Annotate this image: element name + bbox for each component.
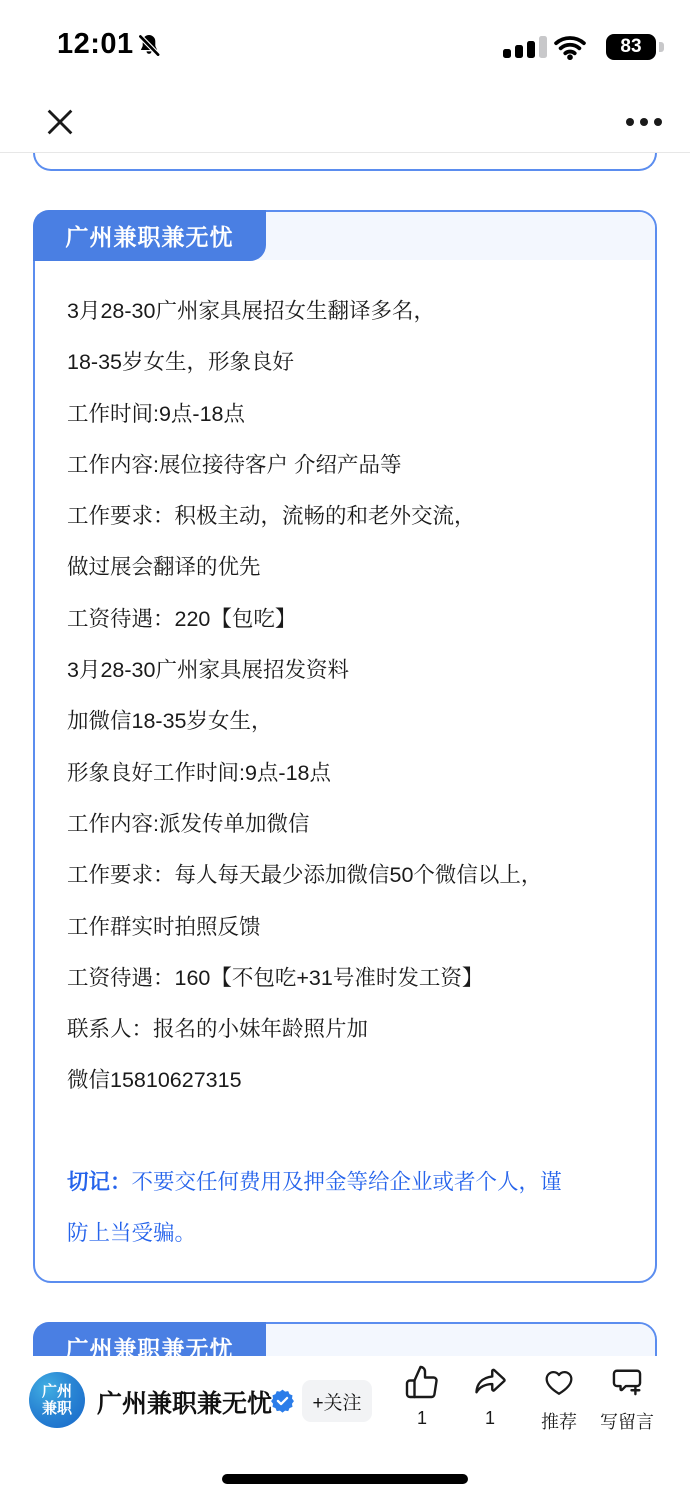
- warning-text-line2: 防上当受骗。: [67, 1208, 627, 1259]
- card-header: 广州兼职兼无忧: [35, 212, 655, 260]
- avatar-text: 兼职: [42, 1400, 72, 1417]
- article-line: 工作要求：积极主动，流畅的和老外交流，: [67, 491, 627, 542]
- article-line: 工资待遇：220【包吃】: [67, 594, 627, 645]
- warning-prefix: 切记：: [67, 1170, 132, 1194]
- article-line: 3月28-30广州家具展招发资料: [67, 645, 627, 696]
- scam-warning: 切记：不要交任何费用及押金等给企业或者个人，谨 防上当受骗。: [67, 1157, 627, 1260]
- article-page: 12:01 83: [0, 0, 690, 1496]
- job-post-body: 3月28-30广州家具展招女生翻译多名， 18-35岁女生，形象良好 工作时间:…: [35, 260, 655, 1259]
- publisher-badge: 广州兼职兼无忧: [33, 210, 266, 261]
- wifi-icon: [553, 34, 587, 65]
- article-line: 工作内容:派发传单加微信: [67, 799, 627, 850]
- battery-icon: 83: [606, 34, 656, 60]
- job-post-card: 广州兼职兼无忧 3月28-30广州家具展招女生翻译多名， 18-35岁女生，形象…: [33, 210, 657, 1283]
- article-line: 18-35岁女生，形象良好: [67, 337, 627, 388]
- avatar-text: 广州: [42, 1383, 72, 1400]
- article-line: 联系人：报名的小妹年龄照片加: [67, 1004, 627, 1055]
- article-line: 加微信18-35岁女生，: [67, 696, 627, 747]
- article-line: 做过展会翻译的优先: [67, 542, 627, 593]
- account-name[interactable]: 广州兼职兼无忧: [97, 1384, 272, 1420]
- follow-button[interactable]: +关注: [302, 1380, 372, 1422]
- article-line: 工资待遇：160【不包吃+31号准时发工资】: [67, 953, 627, 1004]
- article-line: 工作群实时拍照反馈: [67, 902, 627, 953]
- more-options-icon[interactable]: [626, 110, 668, 134]
- publisher-avatar[interactable]: 广州 兼职: [29, 1372, 85, 1428]
- article-line: 微信15810627315: [67, 1055, 627, 1106]
- nav-bar: [0, 70, 690, 153]
- close-icon[interactable]: [43, 105, 77, 139]
- comment-button[interactable]: 写留言: [585, 1362, 669, 1434]
- battery-nub: [659, 42, 664, 52]
- clock-time: 12:01: [57, 28, 134, 61]
- article-line: 工作要求：每人每天最少添加微信50个微信以上，: [67, 850, 627, 901]
- article-line: 工作时间:9点-18点: [67, 389, 627, 440]
- mute-bell-icon: [135, 32, 163, 65]
- article-line: 3月28-30广州家具展招女生翻译多名，: [67, 286, 627, 337]
- home-indicator[interactable]: [222, 1474, 468, 1484]
- status-bar: 12:01 83: [0, 0, 690, 70]
- verified-badge-icon: [270, 1388, 295, 1413]
- previous-card-bottom: [33, 153, 657, 171]
- article-line: 形象良好工作时间:9点-18点: [67, 748, 627, 799]
- warning-text-line1: 不要交任何费用及押金等给企业或者个人，谨: [132, 1170, 562, 1194]
- cellular-signal-icon: [503, 36, 547, 58]
- article-line: 工作内容:展位接待客户 介绍产品等: [67, 440, 627, 491]
- comment-label: 写留言: [585, 1408, 669, 1434]
- comment-plus-icon: [585, 1362, 669, 1402]
